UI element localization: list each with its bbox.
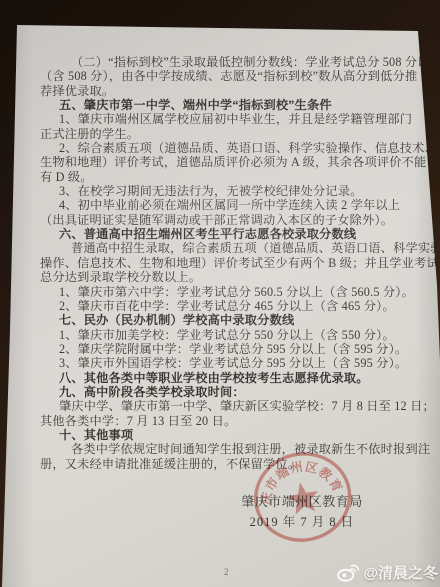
doc-line: 3、在校学习期间无违法行为，无被学校纪律处分记录。 [40, 184, 422, 198]
doc-line: 册，又未经申请批准延缓注册的，不保留学位。 [40, 457, 422, 471]
doc-line: 1、肇庆市加美学校：学业考试总分 550 分以上（含 550 分）。 [40, 328, 422, 342]
issue-date: 2019 年 7 月 8 日 [234, 512, 370, 533]
issuing-agency: 肇庆市端州区教育局 [234, 492, 370, 512]
signature-block: 肇庆市端州区教育局 2019 年 7 月 8 日 [234, 492, 370, 533]
doc-line: （二）“指标到校”生录取最低控制分数线：学业考试总分 508 分以上 [40, 55, 422, 69]
doc-line: 其他各类中学：7 月 13 日至 20 日。 [40, 414, 422, 428]
doc-line: （出具证明证实是随军调动或干部正常调动入本区的子女除外）。 [40, 213, 422, 227]
section-heading-5: 五、肇庆市第一中学、端州中学“指标到校”生条件 [40, 98, 422, 112]
section-heading-8: 八、其他各类中等职业学校由学校按考生志愿择优录取。 [40, 371, 422, 385]
doc-line: 3、肇庆市外国语学校：学业考试总分 595 分以上（含 595 分）。 [40, 356, 422, 370]
weibo-icon [337, 563, 359, 582]
section-heading-7: 七、民办（民办机制）学校高中录取分数线 [40, 313, 422, 327]
doc-line: 操作、信息技术、生物和地理）评价考试至少有两个 B 级；并且学业考试 [40, 256, 422, 270]
doc-line: 2、肇庆市百花中学：学业考试总分 465 分以上（含 465 分）。 [40, 299, 422, 313]
doc-line: 2、肇庆学院附属中学：学业考试总分 595 分以上（含 595 分）。 [40, 342, 422, 356]
watermark-handle: @清晨之冬 [363, 562, 438, 583]
doc-line: 生物和地理）评价考试，道德品质评价必须为 A 级，其余各项评价不能 [40, 155, 422, 169]
doc-line: 普通高中招生录取，综合素质五项（道德品质、英语口语、科学实验 [40, 241, 422, 255]
doc-line: 肇庆中学、肇庆市第一中学、肇庆新区实验学校：7 月 8 日至 12 日； [40, 399, 422, 413]
document-body: （二）“指标到校”生录取最低控制分数线：学业考试总分 508 分以上 （含 50… [40, 55, 422, 471]
doc-line: 各类中学依规定时间通知学生报到注册，被录取新生不依时报到注 [40, 442, 422, 456]
paper-sheet: （二）“指标到校”生录取最低控制分数线：学业考试总分 508 分以上 （含 50… [0, 0, 440, 587]
section-heading-10: 十、其他事项 [40, 428, 422, 442]
doc-line: 2、综合素质五项（道德品质、英语口语、科学实验操作、信息技术、 [40, 141, 422, 155]
weibo-watermark: @清晨之冬 [337, 562, 438, 583]
section-heading-9: 九、高中阶段各类学校录取时间： [40, 385, 422, 399]
doc-line: （含 508 分），由各中学按成绩、志愿及“指标到校”数从高分到低分推 [40, 69, 422, 83]
doc-line: 荐择优录取。 [40, 84, 422, 98]
doc-line: 4、初中毕业前必须在端州区属同一所中学连续入读 2 学年以上 [40, 198, 422, 212]
page-number: 2 [224, 567, 229, 577]
section-heading-6: 六、普通高中招生端州区考生平行志愿各校录取分数线 [40, 227, 422, 241]
photo-background: （二）“指标到校”生录取最低控制分数线：学业考试总分 508 分以上 （含 50… [0, 0, 440, 587]
doc-line: 1、肇庆市端州区属学校应届初中毕业生，并且是经学籍管理部门 [40, 112, 422, 126]
doc-line: 总分达到录取学校分数以上。 [40, 270, 422, 284]
doc-line: 有 D 级。 [40, 170, 422, 184]
doc-line: 1、肇庆市第六中学：学业考试总分 560.5 分以上（含 560.5 分）。 [40, 285, 422, 299]
doc-line: 正式注册的学生。 [40, 127, 422, 141]
